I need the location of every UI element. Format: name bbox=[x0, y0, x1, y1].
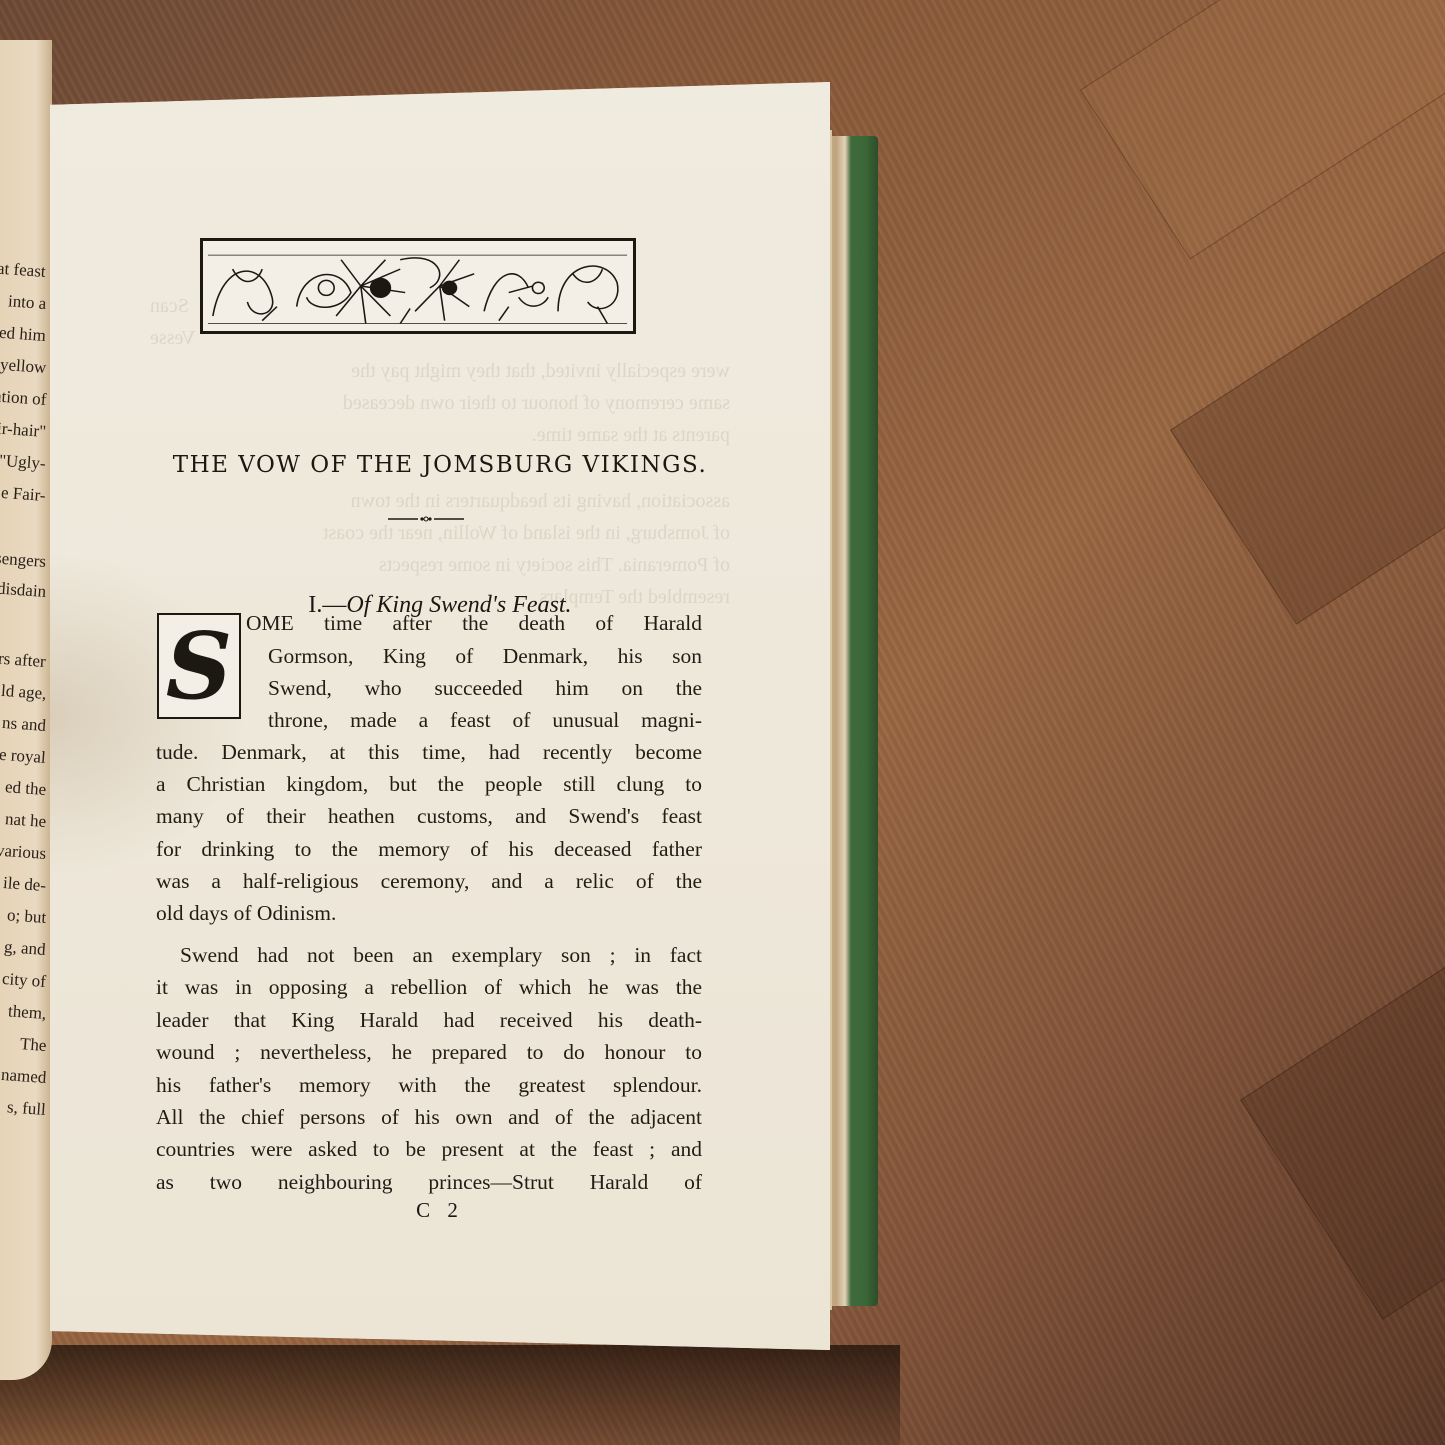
left-page-line: named bbox=[0, 1065, 47, 1088]
left-page-line: at feast bbox=[0, 259, 47, 282]
left-page-line: "Ugly- bbox=[0, 451, 47, 474]
left-page-line: them, bbox=[7, 1001, 47, 1024]
text-line: All the chief persons of his own and of … bbox=[156, 1107, 702, 1129]
chapter-heading: THE VOW OF THE JOMSBURG VIKINGS. bbox=[150, 452, 730, 478]
left-page-line: The bbox=[19, 1034, 47, 1056]
text-line: many of their heathen customs, and Swend… bbox=[156, 806, 702, 828]
left-page-line: ld age, bbox=[0, 681, 47, 704]
text-line: Gormson, King of Denmark, his son bbox=[268, 646, 702, 668]
left-page-line: various bbox=[0, 841, 47, 864]
text-line: for drinking to the memory of his deceas… bbox=[156, 839, 702, 861]
bleed-through-line: same ceremony of honour to their own dec… bbox=[150, 392, 730, 415]
left-page-line: into a bbox=[7, 291, 47, 314]
left-page-line: ed him bbox=[0, 323, 47, 346]
bleed-through-line: of Pomerania. This society in some respe… bbox=[150, 554, 730, 577]
book-shadow bbox=[0, 1345, 900, 1445]
bleed-through-line: of Jomsburg, in the island of Wollin, ne… bbox=[150, 522, 730, 545]
text-line: Swend, who succeeded him on the bbox=[268, 678, 702, 700]
left-page-line: nat he bbox=[4, 809, 46, 832]
left-page-line: rs after bbox=[0, 649, 47, 672]
text-line: OME time after the death of Harald bbox=[246, 613, 702, 635]
floral-woodcut-icon bbox=[203, 241, 633, 331]
bleed-through-line: association, having its headquarters in … bbox=[150, 490, 730, 513]
text-line: old days of Odinism. bbox=[156, 903, 702, 925]
left-page-line: city of bbox=[2, 969, 47, 992]
left-page-line: yellow bbox=[0, 355, 47, 378]
ornamental-divider-icon bbox=[388, 516, 464, 522]
left-page-line: e Fair- bbox=[1, 483, 47, 506]
text-line: countries were asked to be present at th… bbox=[156, 1139, 702, 1161]
text-line: his father's memory with the greatest sp… bbox=[156, 1075, 702, 1097]
left-page-line: o; but bbox=[6, 905, 47, 928]
left-page-line: ir-hair" bbox=[0, 419, 47, 442]
left-page-line: s, full bbox=[7, 1097, 47, 1120]
text-line: Swend had not been an exemplary son ; in… bbox=[180, 945, 702, 967]
left-page-line: sengers bbox=[0, 548, 47, 572]
left-page-line: ation of bbox=[0, 386, 47, 410]
left-page-line: ile de- bbox=[2, 873, 46, 896]
text-line: throne, made a feast of unusual magni- bbox=[268, 710, 702, 732]
left-page-line: g, and bbox=[4, 937, 47, 960]
left-page-line: e royal bbox=[0, 745, 47, 768]
text-line: tude. Denmark, at this time, had recentl… bbox=[156, 742, 702, 764]
text-line: leader that King Harald had received his… bbox=[156, 1010, 702, 1032]
text-line: a Christian kingdom, but the people stil… bbox=[156, 774, 702, 796]
illuminated-drop-cap: S bbox=[157, 613, 241, 719]
drop-cap-letter: S bbox=[166, 620, 232, 712]
floral-header-ornament bbox=[200, 238, 636, 334]
left-page: at feast into a ed him yellow ation of i… bbox=[0, 40, 52, 1380]
text-line: it was in opposing a rebellion of which … bbox=[156, 977, 702, 999]
bleed-through-line: parents at the same time. bbox=[150, 424, 730, 447]
text-line: as two neighbouring princes—Strut Harald… bbox=[156, 1172, 702, 1194]
text-line: wound ; nevertheless, he prepared to do … bbox=[156, 1042, 702, 1064]
text-line: was a half-religious ceremony, and a rel… bbox=[156, 871, 702, 893]
left-page-line: disdain bbox=[0, 579, 47, 602]
bleed-through-line: were especially invited, that they might… bbox=[150, 360, 730, 383]
left-page-line: ed the bbox=[4, 777, 46, 800]
left-page-line: ns and bbox=[1, 713, 46, 736]
signature-mark: C 2 bbox=[150, 1198, 730, 1223]
